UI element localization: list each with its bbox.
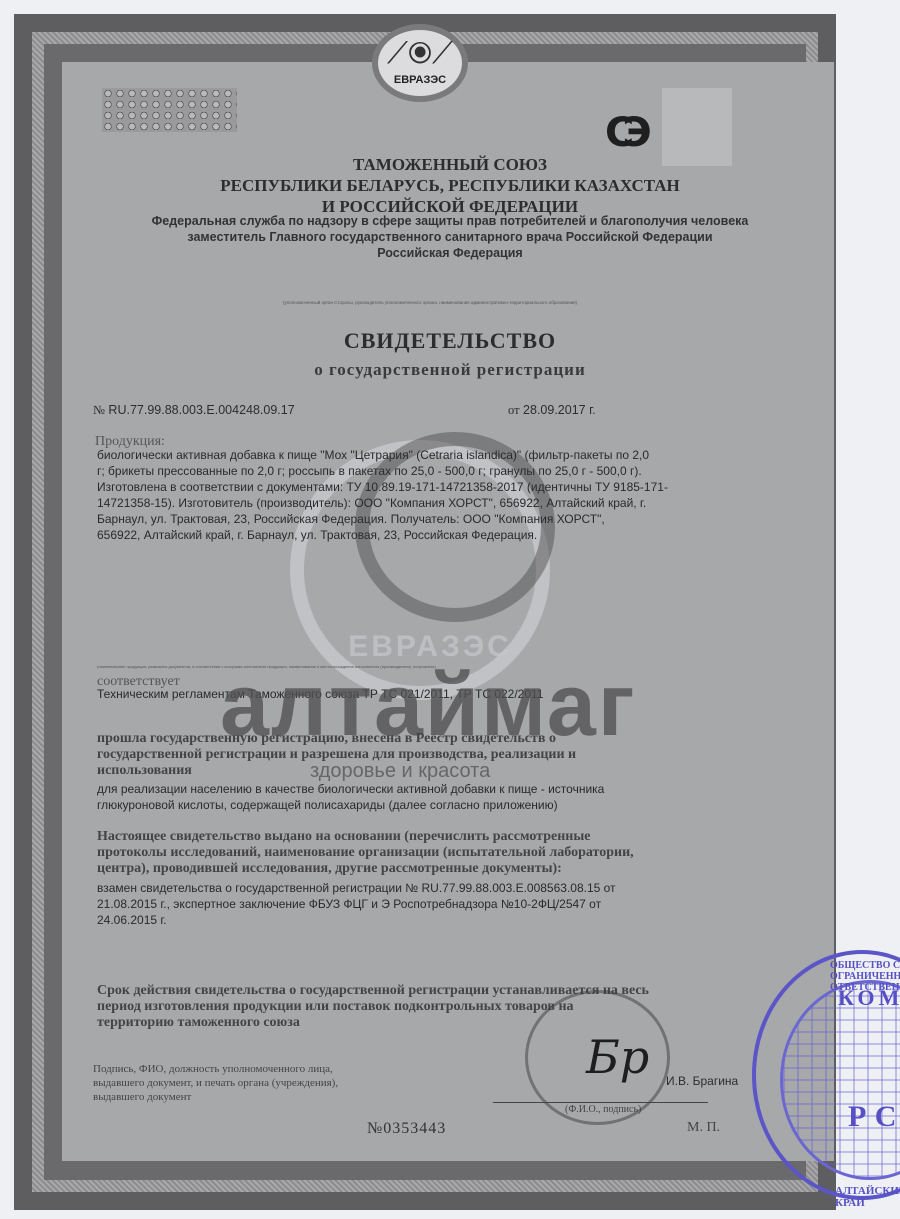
number-prefix: № — [93, 403, 105, 417]
product-line: Барнаул, ул. Трактовая, 23, Российская Ф… — [97, 511, 777, 527]
basis-document-line: 24.06.2015 г. — [97, 912, 777, 928]
basis-line: протоколы исследований, наименование орг… — [97, 845, 757, 861]
watermark-tagline: здоровье и красота — [310, 760, 490, 783]
certificate-title: СВИДЕТЕЛЬСТВО — [90, 328, 810, 354]
basis-documents: взамен свидетельства о государственной р… — [97, 880, 777, 928]
product-line: 656922, Алтайский край, г. Барнаул, ул. … — [97, 527, 777, 543]
validity-line: период изготовления продукции или постав… — [97, 999, 757, 1015]
signature-label-line: выдавшего документ — [93, 1090, 473, 1104]
authority-block: Федеральная служба по надзору в сфере за… — [90, 213, 810, 261]
certificate-date: от 28.09.2017 г. — [508, 403, 596, 418]
basis-line: Настоящее свидетельство выдано на основа… — [97, 829, 757, 845]
authority-line: заместитель Главного государственного са… — [90, 229, 810, 245]
union-title: ТАМОЖЕННЫЙ СОЮЗ РЕСПУБЛИКИ БЕЛАРУСЬ, РЕС… — [90, 154, 810, 217]
product-line: биологически активная добавка к пище "Мо… — [97, 447, 777, 463]
product-line: Изготовлена в соответствии с документами… — [97, 479, 777, 495]
emblem-swoosh-icon: ⟋⦿⟋ — [378, 34, 462, 74]
stamp-center-text: РС — [848, 1100, 900, 1134]
stamp-bottom-text: АЛТАЙСКИЙ КРАЙ — [835, 1185, 900, 1209]
authority-line: Российская Федерация — [90, 245, 810, 261]
signature-label-line: Подпись, ФИО, должность уполномоченного … — [93, 1062, 473, 1076]
emblem-label: ЕВРАЗЭС — [378, 74, 462, 86]
purpose-line: глюкуроновой кислоты, содержащей полисах… — [97, 797, 777, 813]
purpose-line: для реализации населению в качестве биол… — [97, 781, 777, 797]
product-description: биологически активная добавка к пище "Мо… — [97, 447, 777, 543]
basis-line: центра), проводившей исследования, други… — [97, 861, 757, 877]
signature-label: Подпись, ФИО, должность уполномоченного … — [93, 1062, 473, 1104]
date-prefix: от — [508, 403, 520, 417]
certificate-subtitle: о государственной регистрации — [90, 360, 810, 380]
authority-caption: (уполномоченный орган Стороны, руководит… — [150, 300, 710, 305]
stamp-top-text: КОМПА — [838, 985, 900, 1011]
date-value: 28.09.2017 г. — [523, 403, 596, 417]
certificate-number: № RU.77.99.88.003.Е.004248.09.17 — [93, 403, 295, 418]
signer-name: И.В. Брагина — [666, 1074, 738, 1088]
conformity-mark-icon: СЭ — [605, 110, 640, 156]
number-value: RU.77.99.88.003.Е.004248.09.17 — [108, 403, 294, 417]
union-title-line: РЕСПУБЛИКИ БЕЛАРУСЬ, РЕСПУБЛИКИ КАЗАХСТА… — [90, 175, 810, 196]
stamp-place-label: М. П. — [687, 1120, 720, 1136]
product-line: г; брикеты прессованные по 2,0 г; россып… — [97, 463, 777, 479]
signature-line — [493, 1102, 708, 1103]
registration-purpose: для реализации населению в качестве биол… — [97, 781, 777, 813]
basis-document-line: 21.08.2015 г., экспертное заключение ФБУ… — [97, 896, 777, 912]
basis-document-line: взамен свидетельства о государственной р… — [97, 880, 777, 896]
signature-caption: (Ф.И.О., подпись) — [565, 1104, 641, 1115]
validity-line: Срок действия свидетельства о государств… — [97, 983, 757, 999]
statement-line: прошла государственную регистрацию, внес… — [97, 731, 757, 747]
handwritten-signature: Бр — [586, 1030, 649, 1084]
security-pattern — [102, 88, 237, 132]
union-title-line: ТАМОЖЕННЫЙ СОЮЗ — [90, 154, 810, 175]
form-serial-number: №0353443 — [367, 1120, 446, 1138]
product-line: 14721358-15). Изготовитель (производител… — [97, 495, 777, 511]
signature-label-line: выдавшего документ, и печать органа (учр… — [93, 1076, 473, 1090]
authority-line: Федеральная служба по надзору в сфере за… — [90, 213, 810, 229]
basis-statement: Настоящее свидетельство выдано на основа… — [97, 829, 757, 877]
eurasec-emblem: ⟋⦿⟋ ЕВРАЗЭС — [372, 24, 468, 102]
